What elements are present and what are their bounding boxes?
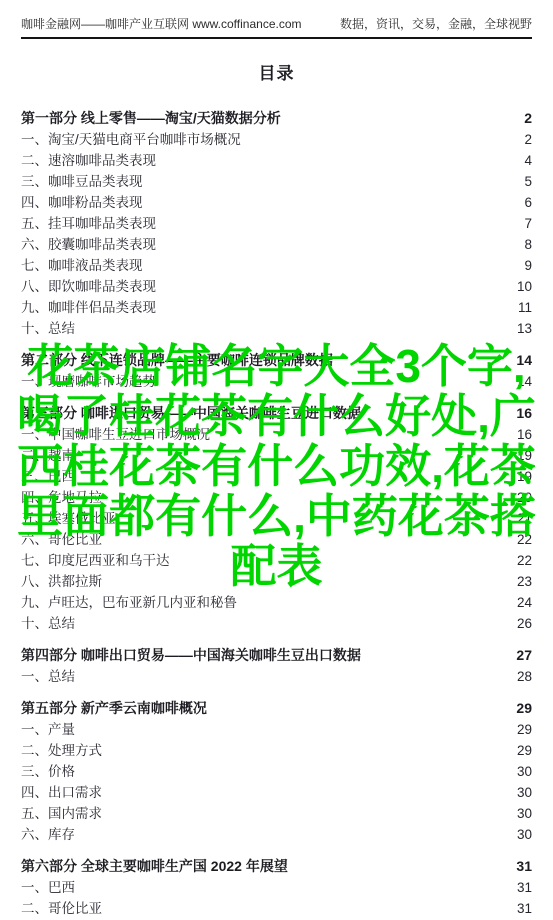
toc-entry-label: 一、总结 xyxy=(21,666,75,687)
toc-entry-label: 第三部分 咖啡进口贸易——中国海关咖啡生豆进口数据 xyxy=(21,403,361,424)
toc-entry-page-number: 19 xyxy=(517,445,532,466)
toc-entry-page-number: 19 xyxy=(517,466,532,487)
toc-entry-label: 十、总结 xyxy=(21,318,75,339)
toc-entry-label: 二、越南 xyxy=(21,445,75,466)
toc-entry-label: 二、速溶咖啡品类表现 xyxy=(21,150,156,171)
toc-entry-label: 五、国内需求 xyxy=(21,803,102,824)
toc-entry-page-number: 31 xyxy=(517,898,532,919)
toc-item-row[interactable]: 九、咖啡伴侣品类表现11 xyxy=(21,297,532,318)
toc-item-row[interactable]: 六、库存30 xyxy=(21,824,532,845)
toc-entry-page-number: 16 xyxy=(516,403,532,424)
page-title: 目录 xyxy=(21,59,532,84)
toc-entry-page-number: 23 xyxy=(517,571,532,592)
toc-item-row[interactable]: 七、印度尼西亚和乌干达22 xyxy=(21,550,532,571)
toc-entry-page-number: 24 xyxy=(517,592,532,613)
toc-item-row[interactable]: 三、咖啡豆品类表现5 xyxy=(21,171,532,192)
toc-list: 第一部分 线上零售——淘宝/天猫数据分析2一、淘宝/天猫电商平台咖啡市场概况2二… xyxy=(21,108,532,919)
toc-item-row[interactable]: 三、价格30 xyxy=(21,761,532,782)
toc-item-row[interactable]: 二、哥伦比亚31 xyxy=(21,898,532,919)
toc-entry-label: 六、库存 xyxy=(21,824,75,845)
toc-item-row[interactable]: 一、中国咖啡生豆进口市场概况16 xyxy=(21,424,532,445)
page-header: 咖啡金融网——咖啡产业互联网 www.coffinance.com 数据，资讯，… xyxy=(21,0,532,32)
toc-entry-label: 九、卢旺达，巴布亚新几内亚和秘鲁 xyxy=(21,592,237,613)
toc-item-row[interactable]: 五、国内需求30 xyxy=(21,803,532,824)
toc-section-row[interactable]: 第六部分 全球主要咖啡生产国 2022 年展望31 xyxy=(21,856,532,877)
header-tagline: 数据，资讯，交易，金融，全球视野 xyxy=(340,15,532,32)
toc-entry-label: 一、巴西 xyxy=(21,877,75,898)
toc-section-row[interactable]: 第二部分 线下连锁品牌——主要咖啡连锁品牌数据14 xyxy=(21,350,532,371)
toc-entry-page-number: 30 xyxy=(517,761,532,782)
toc-entry-page-number: 11 xyxy=(518,297,532,318)
toc-item-row[interactable]: 一、产量29 xyxy=(21,719,532,740)
header-divider xyxy=(21,37,532,39)
toc-entry-label: 四、出口需求 xyxy=(21,782,102,803)
toc-item-row[interactable]: 三、巴西19 xyxy=(21,466,532,487)
toc-entry-page-number: 29 xyxy=(516,698,532,719)
toc-entry-label: 九、咖啡伴侣品类表现 xyxy=(21,297,156,318)
toc-entry-page-number: 14 xyxy=(516,350,532,371)
toc-item-row[interactable]: 七、咖啡液品类表现9 xyxy=(21,255,532,276)
toc-item-row[interactable]: 五、挂耳咖啡品类表现7 xyxy=(21,213,532,234)
toc-entry-label: 一、中国咖啡生豆进口市场概况 xyxy=(21,424,210,445)
toc-entry-page-number: 30 xyxy=(517,824,532,845)
toc-entry-page-number: 7 xyxy=(524,213,532,234)
toc-entry-page-number: 14 xyxy=(517,371,532,392)
toc-section-row[interactable]: 第一部分 线上零售——淘宝/天猫数据分析2 xyxy=(21,108,532,129)
toc-entry-label: 十、总结 xyxy=(21,613,75,634)
toc-entry-page-number: 16 xyxy=(517,424,532,445)
toc-entry-label: 八、即饮咖啡品类表现 xyxy=(21,276,156,297)
toc-entry-page-number: 31 xyxy=(516,856,532,877)
toc-entry-label: 三、价格 xyxy=(21,761,75,782)
toc-entry-page-number: 10 xyxy=(517,276,532,297)
toc-entry-label: 三、咖啡豆品类表现 xyxy=(21,171,143,192)
toc-entry-label: 第五部分 新产季云南咖啡概况 xyxy=(21,698,207,719)
toc-entry-page-number: 8 xyxy=(524,234,532,255)
toc-item-row[interactable]: 四、咖啡粉品类表现6 xyxy=(21,192,532,213)
toc-item-row[interactable]: 八、即饮咖啡品类表现10 xyxy=(21,276,532,297)
toc-item-row[interactable]: 六、胶囊咖啡品类表现8 xyxy=(21,234,532,255)
toc-entry-page-number: 30 xyxy=(517,782,532,803)
toc-item-row[interactable]: 四、危地马拉20 xyxy=(21,487,532,508)
toc-entry-label: 六、哥伦比亚 xyxy=(21,529,102,550)
toc-item-row[interactable]: 二、越南19 xyxy=(21,445,532,466)
toc-entry-label: 六、胶囊咖啡品类表现 xyxy=(21,234,156,255)
toc-entry-label: 三、巴西 xyxy=(21,466,75,487)
toc-entry-label: 七、咖啡液品类表现 xyxy=(21,255,143,276)
toc-entry-page-number: 20 xyxy=(517,487,532,508)
toc-entry-label: 二、哥伦比亚 xyxy=(21,898,102,919)
toc-entry-label: 一、淘宝/天猫电商平台咖啡市场概况 xyxy=(21,129,241,150)
toc-item-row[interactable]: 四、出口需求30 xyxy=(21,782,532,803)
toc-entry-label: 四、咖啡粉品类表现 xyxy=(21,192,143,213)
toc-item-row[interactable]: 一、现磨咖啡市场趋势14 xyxy=(21,371,532,392)
header-site-name: 咖啡金融网——咖啡产业互联网 www.coffinance.com xyxy=(21,15,302,32)
toc-item-row[interactable]: 五、埃塞俄比亚21 xyxy=(21,508,532,529)
toc-entry-label: 五、挂耳咖啡品类表现 xyxy=(21,213,156,234)
toc-item-row[interactable]: 十、总结13 xyxy=(21,318,532,339)
toc-entry-label: 八、洪都拉斯 xyxy=(21,571,102,592)
toc-entry-label: 二、处理方式 xyxy=(21,740,102,761)
toc-section-row[interactable]: 第五部分 新产季云南咖啡概况29 xyxy=(21,698,532,719)
toc-entry-page-number: 2 xyxy=(524,129,532,150)
document-page: 咖啡金融网——咖啡产业互联网 www.coffinance.com 数据，资讯，… xyxy=(0,0,553,919)
toc-entry-page-number: 22 xyxy=(517,550,532,571)
toc-item-row[interactable]: 二、速溶咖啡品类表现4 xyxy=(21,150,532,171)
toc-entry-page-number: 28 xyxy=(517,666,532,687)
toc-entry-page-number: 13 xyxy=(517,318,532,339)
toc-item-row[interactable]: 九、卢旺达，巴布亚新几内亚和秘鲁24 xyxy=(21,592,532,613)
toc-item-row[interactable]: 一、总结28 xyxy=(21,666,532,687)
toc-entry-label: 五、埃塞俄比亚 xyxy=(21,508,116,529)
toc-entry-page-number: 9 xyxy=(524,255,532,276)
toc-entry-page-number: 5 xyxy=(524,171,532,192)
toc-entry-label: 一、现磨咖啡市场趋势 xyxy=(21,371,156,392)
toc-item-row[interactable]: 一、淘宝/天猫电商平台咖啡市场概况2 xyxy=(21,129,532,150)
toc-item-row[interactable]: 六、哥伦比亚22 xyxy=(21,529,532,550)
toc-section-row[interactable]: 第四部分 咖啡出口贸易——中国海关咖啡生豆出口数据27 xyxy=(21,645,532,666)
toc-section-row[interactable]: 第三部分 咖啡进口贸易——中国海关咖啡生豆进口数据16 xyxy=(21,403,532,424)
toc-entry-label: 第四部分 咖啡出口贸易——中国海关咖啡生豆出口数据 xyxy=(21,645,361,666)
toc-entry-page-number: 30 xyxy=(517,803,532,824)
toc-entry-page-number: 31 xyxy=(517,877,532,898)
toc-entry-label: 七、印度尼西亚和乌干达 xyxy=(21,550,170,571)
toc-entry-page-number: 22 xyxy=(517,529,532,550)
toc-entry-page-number: 29 xyxy=(517,740,532,761)
toc-item-row[interactable]: 十、总结26 xyxy=(21,613,532,634)
toc-entry-label: 一、产量 xyxy=(21,719,75,740)
toc-entry-label: 第二部分 线下连锁品牌——主要咖啡连锁品牌数据 xyxy=(21,350,333,371)
toc-item-row[interactable]: 一、巴西31 xyxy=(21,877,532,898)
toc-entry-label: 第一部分 线上零售——淘宝/天猫数据分析 xyxy=(21,108,281,129)
toc-entry-label: 四、危地马拉 xyxy=(21,487,102,508)
toc-entry-page-number: 21 xyxy=(517,508,532,529)
toc-entry-page-number: 2 xyxy=(524,108,532,129)
toc-entry-label: 第六部分 全球主要咖啡生产国 2022 年展望 xyxy=(21,856,288,877)
toc-entry-page-number: 27 xyxy=(516,645,532,666)
toc-entry-page-number: 26 xyxy=(517,613,532,634)
toc-entry-page-number: 6 xyxy=(524,192,532,213)
toc-item-row[interactable]: 二、处理方式29 xyxy=(21,740,532,761)
toc-entry-page-number: 29 xyxy=(517,719,532,740)
toc-item-row[interactable]: 八、洪都拉斯23 xyxy=(21,571,532,592)
toc-entry-page-number: 4 xyxy=(524,150,532,171)
